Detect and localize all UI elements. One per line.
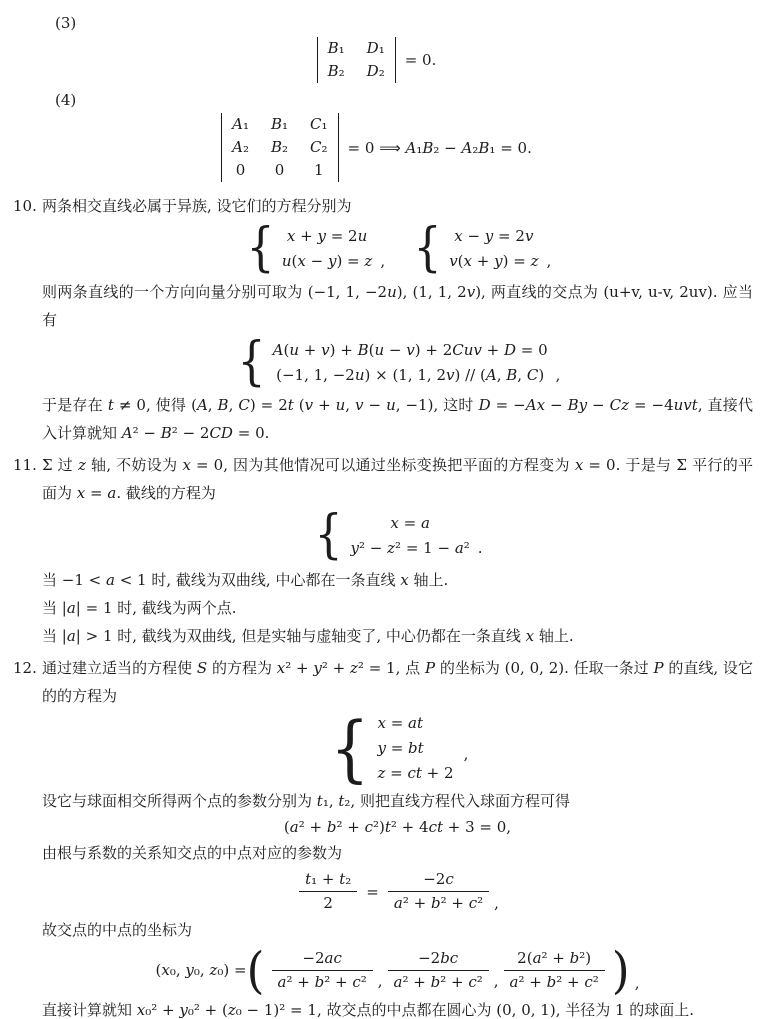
item-12-number: 12. [13, 654, 37, 682]
fraction: −2ac a² + b² + c² [272, 948, 373, 993]
item-3-label: (3) [55, 12, 753, 34]
item-12-head: 通过建立适当的方程使 S 的方程为 x² + y² + z² = 1, 点 P … [42, 654, 753, 710]
system-row: y = bt [377, 737, 423, 759]
right-paren [612, 945, 630, 995]
item-12-line-system: x = at y = bt z = ct + 2 , [42, 710, 753, 787]
det-cell: 0 [232, 161, 249, 180]
det-cell: B₁ [328, 39, 345, 58]
item-12-paragraph: 设它与球面相交所得两个点的参数分别为 t₁, t₂, 则把直线方程代入球面方程可… [42, 787, 753, 815]
equation-tail: , [635, 974, 640, 992]
fraction-denominator: 2 [317, 892, 339, 914]
fraction: t₁ + t₂ 2 [299, 869, 357, 914]
item-12-paragraph: 故交点的中点的坐标为 [42, 916, 753, 944]
system-row: z = ct + 2 [377, 762, 453, 784]
item-10-system-pair: x + y = 2u u(x − y) = z , x − y = 2v v(x… [42, 220, 753, 278]
equation-system: x + y = 2u u(x − y) = z , [244, 222, 385, 274]
fraction-denominator: a² + b² + c² [504, 971, 605, 993]
item-10-paragraph: 则两条直线的一个方向向量分别可取为 (−1, 1, −2u), (1, 1, 2… [42, 278, 753, 334]
det-cell: 1 [310, 161, 328, 180]
det-cell: D₂ [367, 62, 385, 81]
determinant-3x3-grid: A₁ B₁ C₁ A₂ B₂ C₂ 0 0 1 [221, 113, 338, 182]
left-brace [414, 222, 442, 274]
system-row: x = a [390, 512, 430, 534]
item-11-case-2: 当 |a| = 1 时, 截线为两个点. [42, 594, 753, 622]
det-cell: B₂ [328, 62, 345, 81]
item-10-condition-system: A(u + v) + B(u − v) + 2Cuv + D = 0 (−1, … [42, 334, 753, 391]
fraction-denominator: a² + b² + c² [272, 971, 373, 993]
item-12-paragraph: 由根与系数的关系知交点的中点对应的参数为 [42, 839, 753, 867]
fraction-numerator: −2c [417, 869, 460, 891]
item-11-number: 11. [13, 451, 37, 479]
item-12-quadratic-equation: (a² + b² + c²)t² + 4ct + 3 = 0, [42, 815, 753, 839]
system-tail: . [478, 539, 483, 557]
left-brace [315, 509, 343, 561]
system-row: y² − z² = 1 − a² [351, 537, 470, 559]
system-row: u(x − y) = z [282, 250, 372, 272]
left-brace [246, 222, 274, 274]
item-10-head: 两条相交直线必属于异族, 设它们的方程分别为 [42, 192, 753, 220]
system-tail: , [556, 366, 561, 384]
fraction-numerator: t₁ + t₂ [299, 869, 357, 891]
fraction-denominator: a² + b² + c² [388, 892, 489, 914]
item-11-case-1: 当 −1 < a < 1 时, 截线为双曲线, 中心都在一条直线 x 轴上. [42, 566, 753, 594]
equation-system: x − y = 2v v(x + y) = z , [411, 222, 551, 274]
document-page: (3) B₁ D₁ B₂ D₂ = 0. (4) A₁ B₁ C₁ A₂ B₂ … [0, 0, 765, 1019]
item-4-label: (4) [55, 89, 753, 111]
equation-lhs: (x₀, y₀, z₀) = [156, 961, 247, 979]
equals-sign: = [366, 883, 379, 901]
item-11-case-3: 当 |a| > 1 时, 截线为双曲线, 但是实轴与虚轴变了, 中心仍都在一条直… [42, 622, 753, 650]
det-cell: D₁ [367, 39, 385, 58]
equation-system: A(u + v) + B(u − v) + 2Cuv + D = 0 (−1, … [235, 336, 561, 388]
determinant-2x2-grid: B₁ D₁ B₂ D₂ [317, 37, 396, 83]
system-tail: , [546, 252, 551, 270]
det-cell: B₂ [271, 138, 288, 157]
fraction-numerator: −2ac [296, 948, 347, 970]
item-3-equation: B₁ D₁ B₂ D₂ = 0. [0, 34, 753, 89]
item-4-equation: A₁ B₁ C₁ A₂ B₂ C₂ 0 0 1 = 0 ⟹ A₁B₂ − A₂B… [0, 111, 753, 188]
equation-system: x = at y = bt z = ct + 2 , [327, 712, 469, 784]
left-paren [247, 945, 265, 995]
det-cell: C₁ [310, 115, 328, 134]
fraction-numerator: −2bc [412, 948, 464, 970]
fraction-denominator: a² + b² + c² [388, 971, 489, 993]
system-tail: , [464, 745, 469, 763]
equation-rhs: = 0 ⟹ A₁B₂ − A₂B₁ = 0. [348, 139, 532, 157]
left-brace [237, 336, 265, 388]
system-row: x + y = 2u [287, 225, 367, 247]
item-11-head: Σ 过 z 轴, 不妨设为 x = 0, 因为其他情况可以通过坐标变换把平面的方… [42, 451, 753, 507]
item-10-number: 10. [13, 192, 37, 220]
item-12-midpoint-coordinates-equation: (x₀, y₀, z₀) = −2ac a² + b² + c² , −2bc … [42, 944, 753, 996]
det-cell: A₁ [232, 115, 249, 134]
equation-tail: , [494, 894, 499, 912]
fraction: −2bc a² + b² + c² [388, 948, 489, 993]
item-12-midpoint-parameter-equation: t₁ + t₂ 2 = −2c a² + b² + c² , [42, 867, 753, 916]
system-tail: , [380, 252, 385, 270]
determinant-3x3: A₁ B₁ C₁ A₂ B₂ C₂ 0 0 1 [221, 113, 338, 182]
system-rows: x + y = 2u u(x − y) = z [282, 225, 372, 272]
fraction-numerator: 2(a² + b²) [511, 948, 597, 970]
det-cell: B₁ [271, 115, 288, 134]
system-row: (−1, 1, −2u) × (1, 1, 2v) // (A, B, C) [276, 364, 544, 386]
determinant-2x2: B₁ D₁ B₂ D₂ [317, 37, 396, 83]
det-cell: 0 [271, 161, 288, 180]
system-row: x − y = 2v [454, 225, 533, 247]
equation-rhs: = 0. [405, 51, 437, 69]
system-rows: A(u + v) + B(u − v) + 2Cuv + D = 0 (−1, … [273, 339, 548, 386]
equation-system: x = a y² − z² = 1 − a² . [312, 509, 482, 561]
system-row: A(u + v) + B(u − v) + 2Cuv + D = 0 [273, 339, 548, 361]
item-12: 12. 通过建立适当的方程使 S 的方程为 x² + y² + z² = 1, … [0, 654, 753, 1019]
item-10-paragraph: 于是存在 t ≠ 0, 使得 (A, B, C) = 2t (v + u, v … [42, 391, 753, 447]
equation: (a² + b² + c²)t² + 4ct + 3 = 0, [284, 818, 511, 836]
item-11-system: x = a y² − z² = 1 − a² . [42, 507, 753, 566]
det-cell: A₂ [232, 138, 249, 157]
comma-separator: , [378, 972, 383, 990]
system-rows: x = a y² − z² = 1 − a² [351, 512, 470, 559]
fraction: 2(a² + b²) a² + b² + c² [504, 948, 605, 993]
fraction: −2c a² + b² + c² [388, 869, 489, 914]
item-11: 11. Σ 过 z 轴, 不妨设为 x = 0, 因为其他情况可以通过坐标变换把… [0, 451, 753, 650]
system-rows: x = at y = bt z = ct + 2 [377, 712, 453, 784]
item-10: 10. 两条相交直线必属于异族, 设它们的方程分别为 x + y = 2u u(… [0, 192, 753, 447]
det-cell: C₂ [310, 138, 328, 157]
comma-separator: , [494, 972, 499, 990]
system-rows: x − y = 2v v(x + y) = z [449, 225, 538, 272]
left-brace [330, 712, 369, 784]
system-row: x = at [377, 712, 423, 734]
system-row: v(x + y) = z [449, 250, 538, 272]
item-12-paragraph: 直接计算就知 x₀² + y₀² + (z₀ − 1)² = 1, 故交点的中点… [42, 996, 753, 1019]
